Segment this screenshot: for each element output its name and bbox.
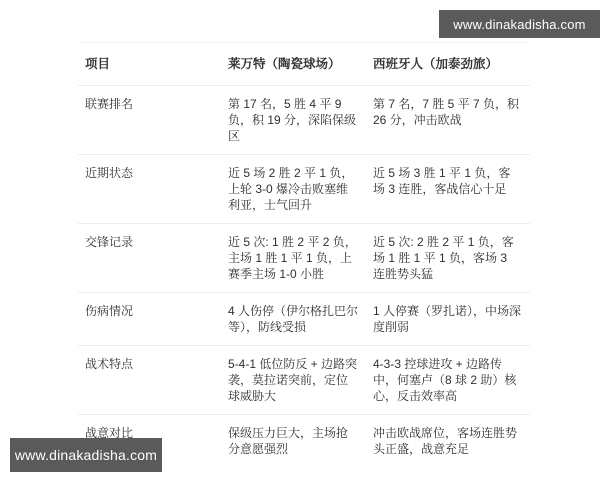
table-row: 联赛排名第 17 名，5 胜 4 平 9 负，积 19 分，深陷保级区第 7 名… <box>78 86 530 155</box>
row-label: 联赛排名 <box>78 96 221 144</box>
column-header-levante: 莱万特（陶瓷球场） <box>221 56 366 72</box>
row-label: 战术特点 <box>78 356 221 404</box>
table-body: 联赛排名第 17 名，5 胜 4 平 9 负，积 19 分，深陷保级区第 7 名… <box>78 86 530 467</box>
espanyol-cell: 4-3-3 控球进攻 + 边路传中，何塞卢（8 球 2 助）核心，反击效率高 <box>366 356 530 404</box>
team-comparison-table: 项目 莱万特（陶瓷球场） 西班牙人（加泰劲旅） 联赛排名第 17 名，5 胜 4… <box>78 42 530 467</box>
levante-cell: 4 人伤停（伊尔格扎巴尔等），防线受损 <box>221 303 366 335</box>
row-label: 伤病情况 <box>78 303 221 335</box>
table-header-row: 项目 莱万特（陶瓷球场） 西班牙人（加泰劲旅） <box>78 43 530 86</box>
table-row: 伤病情况4 人伤停（伊尔格扎巴尔等），防线受损1 人停赛（罗扎诺），中场深度削弱 <box>78 293 530 346</box>
espanyol-cell: 第 7 名，7 胜 5 平 7 负，积 26 分，冲击欧战 <box>366 96 530 144</box>
levante-cell: 近 5 场 2 胜 2 平 1 负，上轮 3-0 爆冷击败塞维利亚，士气回升 <box>221 165 366 213</box>
levante-cell: 保级压力巨大，主场抢分意愿强烈 <box>221 425 366 457</box>
espanyol-cell: 1 人停赛（罗扎诺），中场深度削弱 <box>366 303 530 335</box>
levante-cell: 5-4-1 低位防反 + 边路突袭，莫拉诺突前，定位球威胁大 <box>221 356 366 404</box>
espanyol-cell: 近 5 场 3 胜 1 平 1 负，客场 3 连胜，客战信心十足 <box>366 165 530 213</box>
espanyol-cell: 冲击欧战席位，客场连胜势头正盛，战意充足 <box>366 425 530 457</box>
levante-cell: 近 5 次: 1 胜 2 平 2 负，主场 1 胜 1 平 1 负，上赛季主场 … <box>221 234 366 282</box>
espanyol-cell: 近 5 次: 2 胜 2 平 1 负，客场 1 胜 1 平 1 负，客场 3 连… <box>366 234 530 282</box>
column-header-espanyol: 西班牙人（加泰劲旅） <box>366 56 530 72</box>
watermark-top: www.dinakadisha.com <box>439 10 600 38</box>
page: www.dinakadisha.com 项目 莱万特（陶瓷球场） 西班牙人（加泰… <box>0 0 600 480</box>
levante-cell: 第 17 名，5 胜 4 平 9 负，积 19 分，深陷保级区 <box>221 96 366 144</box>
table-row: 交锋记录近 5 次: 1 胜 2 平 2 负，主场 1 胜 1 平 1 负，上赛… <box>78 224 530 293</box>
row-label: 近期状态 <box>78 165 221 213</box>
watermark-bottom: www.dinakadisha.com <box>10 438 162 472</box>
table-row: 战术特点5-4-1 低位防反 + 边路突袭，莫拉诺突前，定位球威胁大4-3-3 … <box>78 346 530 415</box>
column-header-item: 项目 <box>78 56 221 72</box>
table-row: 近期状态近 5 场 2 胜 2 平 1 负，上轮 3-0 爆冷击败塞维利亚，士气… <box>78 155 530 224</box>
row-label: 交锋记录 <box>78 234 221 282</box>
